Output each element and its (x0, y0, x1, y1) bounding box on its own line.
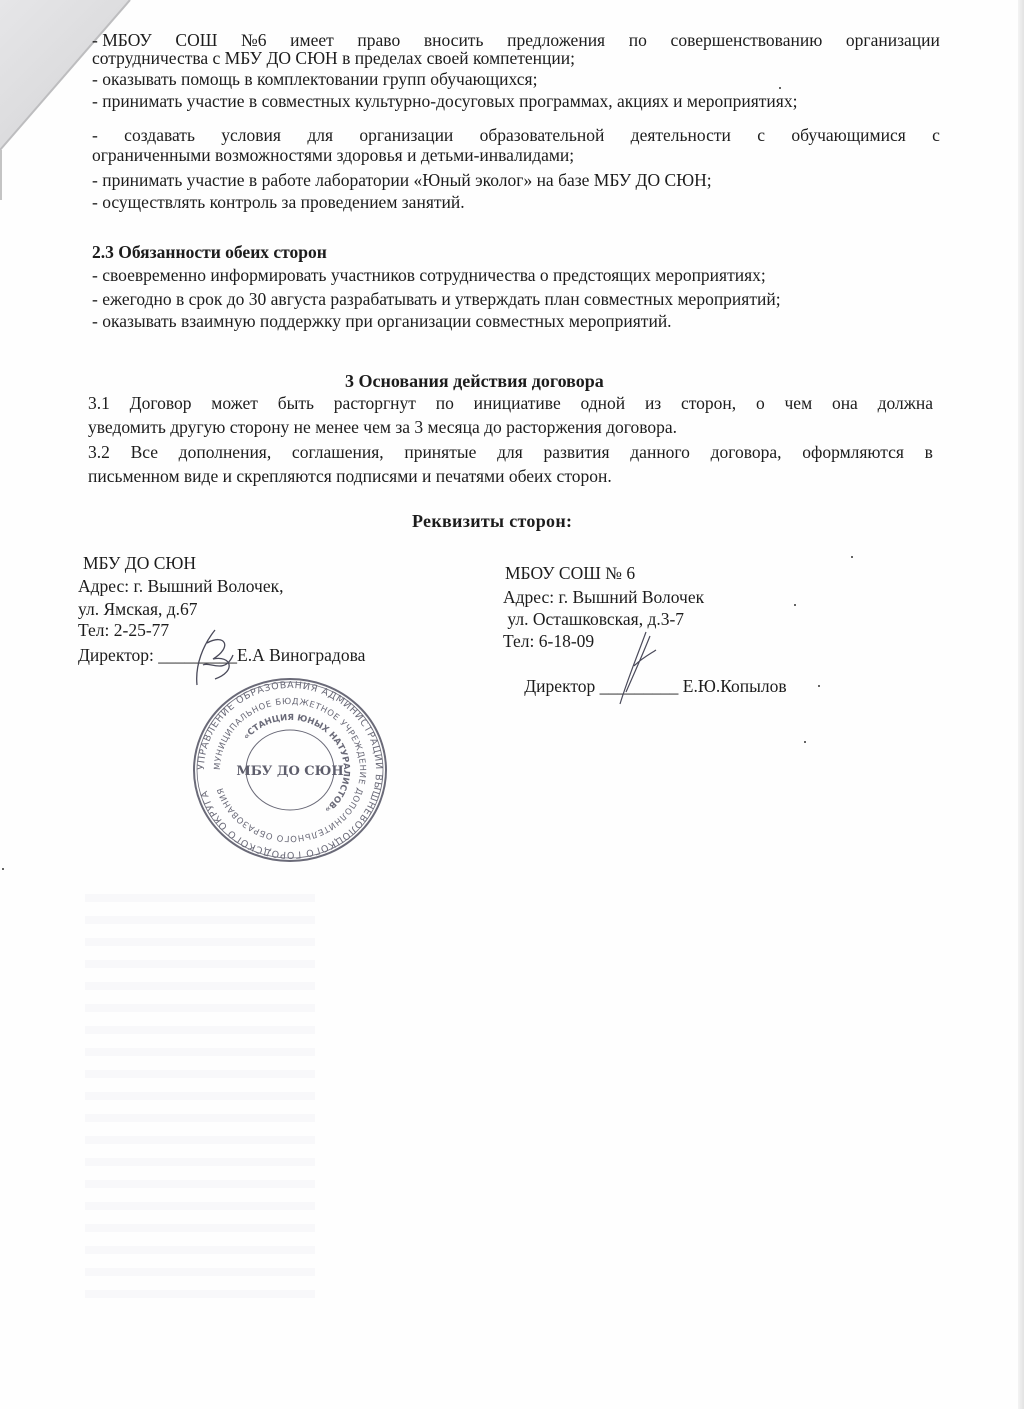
word: 3.2 (88, 442, 110, 462)
left-director-row: Директор: _________Е.А Виноградова (78, 645, 365, 665)
word: чем (785, 393, 813, 413)
obligation-line-3: - оказывать взаимную поддержку при орган… (92, 311, 672, 331)
right-phone: Тел: 6-18-09 (503, 631, 594, 651)
word: для (307, 125, 333, 145)
word: №6 (241, 30, 266, 50)
word: дополнения, (179, 442, 272, 462)
page-right-edge (1018, 0, 1024, 1409)
svg-text:МБУ ДО СЮН: МБУ ДО СЮН (236, 764, 343, 779)
word: данного (630, 442, 690, 462)
word: обучающимися (791, 125, 905, 145)
word: условия (221, 125, 281, 145)
word: быть (278, 393, 314, 413)
word: СОШ (175, 30, 217, 50)
word: должна (878, 393, 933, 413)
item-line-6: ограниченными возможностями здоровья и д… (92, 145, 574, 165)
scan-speck (794, 604, 796, 606)
left-address-2: ул. Ямская, д.67 (78, 599, 198, 619)
item-line-5: -создаватьусловиядляорганизацииобразоват… (92, 125, 940, 145)
obligation-line-1: - своевременно информировать участников … (92, 265, 766, 285)
right-director-label: Директор (524, 676, 599, 696)
obligation-line-2: - ежегодно в срок до 30 августа разрабат… (92, 289, 781, 309)
left-org-name: МБУ ДО СЮН (83, 553, 196, 573)
clause-3-1-line-1: 3.1Договорможетбытьрасторгнутпоинициатив… (88, 393, 933, 413)
word: соглашения, (292, 442, 384, 462)
word: организации (359, 125, 453, 145)
word: деятельности (631, 125, 731, 145)
word: сторон, (681, 393, 736, 413)
right-address-1: Адрес: г. Вышний Волочек (503, 587, 704, 607)
word: для (497, 442, 523, 462)
word: договора, (711, 442, 782, 462)
word: расторгнут (334, 393, 416, 413)
scan-speck (2, 868, 4, 870)
requisites-heading: Реквизиты сторон: (412, 511, 572, 531)
scan-speck (779, 87, 781, 89)
word: образовательной (480, 125, 605, 145)
word: о (756, 393, 765, 413)
left-address-1: Адрес: г. Вышний Волочек, (78, 576, 284, 596)
word: по (629, 30, 647, 50)
left-director-name: Е.А Виноградова (237, 645, 365, 665)
scan-speck (818, 685, 820, 687)
section-3-heading: 3 Основания действия договора (345, 371, 604, 391)
item-line-2: сотрудничества с МБУ ДО СЮН в пределах с… (92, 48, 575, 68)
right-director-name: Е.Ю.Копылов (678, 676, 786, 696)
right-address-2: ул. Осташковская, д.3-7 (503, 609, 684, 629)
word: предложения (507, 30, 605, 50)
word: вносить (424, 30, 484, 50)
word: принятые (404, 442, 476, 462)
word: в (925, 442, 933, 462)
word: - (92, 125, 98, 145)
scan-speck (851, 556, 853, 558)
word: одной (581, 393, 626, 413)
left-phone: Тел: 2-25-77 (78, 620, 169, 640)
item-line-4: - принимать участие в совместных культур… (92, 91, 797, 111)
word: Договор (130, 393, 192, 413)
word: организации (846, 30, 940, 50)
clause-3-2-line-2: письменном виде и скрепляются подписями … (88, 466, 612, 486)
right-director-row: Директор _________ Е.Ю.Копылов (498, 656, 787, 716)
word: 3.1 (88, 393, 110, 413)
word: развития (543, 442, 609, 462)
word: по (436, 393, 454, 413)
item-line-1: - МБОУСОШ№6имеетправовноситьпредложенияп… (92, 30, 940, 50)
right-org-name: МБОУ СОШ № 6 (505, 563, 635, 583)
word: она (832, 393, 858, 413)
right-signature-line: _________ (600, 676, 679, 696)
word: инициативе (474, 393, 561, 413)
bleed-through-text (85, 880, 315, 1300)
word: с (932, 125, 940, 145)
word: право (357, 30, 400, 50)
word: - МБОУ (92, 30, 152, 50)
official-stamp-icon: УПРАВЛЕНИЕ ОБРАЗОВАНИЯ АДМИНИСТРАЦИИ ВЫШ… (190, 675, 390, 865)
item-line-8: - осуществлять контроль за проведением з… (92, 192, 465, 212)
item-line-3: - оказывать помощь в комплектовании груп… (92, 69, 537, 89)
word: может (211, 393, 258, 413)
word: из (645, 393, 661, 413)
section-2-3-heading: 2.3 Обязанности обеих сторон (92, 242, 327, 262)
scan-speck (804, 741, 806, 743)
word: с (757, 125, 765, 145)
left-signature-line: _________ (158, 645, 237, 665)
word: Все (131, 442, 158, 462)
clause-3-1-line-2: уведомить другую сторону не менее чем за… (88, 417, 677, 437)
clause-3-2-line-1: 3.2Вседополнения,соглашения,принятыедляр… (88, 442, 933, 462)
word: оформляются (802, 442, 904, 462)
item-line-7: - принимать участие в работе лаборатории… (92, 170, 712, 190)
left-director-label: Директор: (78, 645, 158, 665)
scanned-document-page: - МБОУСОШ№6имеетправовноситьпредложенияп… (0, 0, 1024, 1409)
word: совершенствованию (671, 30, 823, 50)
word: имеет (290, 30, 334, 50)
word: создавать (124, 125, 195, 145)
